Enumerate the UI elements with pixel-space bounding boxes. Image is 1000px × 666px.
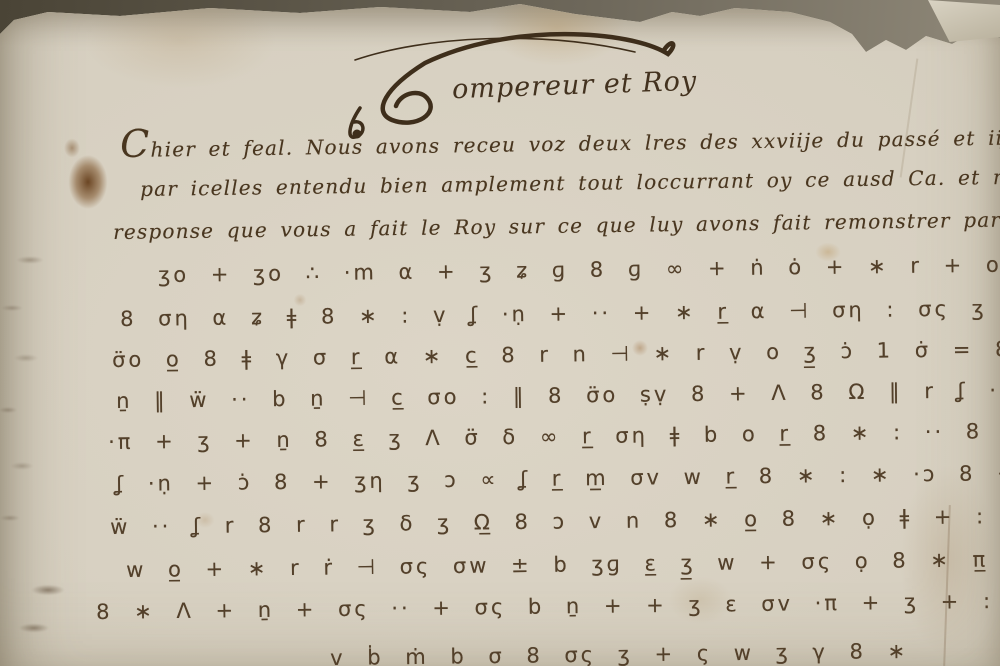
manuscript-photo: ompereur et Roy Chier et feal. Nous avon… — [0, 0, 1000, 666]
cipher-row-9: 8 ∗ Λ + ṉ + σς ·· + σς b ṉ + + ʒ ɛ σv ·π… — [96, 585, 1000, 624]
paper-crease — [943, 505, 951, 666]
cipher-row-7: ẅ ·· ʆ r 8 r r ʒ δ ʒ Ω̲ 8 ɔ v n 8 ∗ o̲ 8… — [110, 502, 1000, 539]
cipher-row-3: σ̈o o̲ 8 ǂ γ σ r̲ α ∗ c̲ 8 r n ⊣ ∗ r ṿ o… — [112, 333, 1000, 372]
cipher-row-2: 8 ση α ʑ ǂ 8 ∗ : ṿ ʆ ·ṇ + ·· + ∗ r̲ α ⊣ … — [120, 291, 1000, 331]
cipher-row-10-partial: ṿ ḃ ṁ b σ 8 σς ʒ + ς w ʒ γ 8 ∗ — [330, 639, 908, 666]
body-line-1: Chier et feal. Nous avons receu voz deux… — [120, 117, 1000, 162]
left-margin-bleedthrough — [0, 230, 90, 666]
body-line-2: par icelles entendu bien amplement tout … — [140, 163, 1000, 201]
cipher-row-6: ʆ ·ṇ + ɔ̇ 8 + ʒη ʒ ɔ ∝ ʆ r̲ m̲ σv w r̲ 8… — [116, 456, 1000, 496]
cipher-row-4: ṉ ‖ ẅ ·· b ṉ ⊣ c̲ σo : ‖ 8 σ̈o ṣṿ 8 + Λ … — [116, 374, 1000, 413]
paper-crease-top — [900, 58, 919, 177]
cipher-row-5: ·π + ʒ + ṉ 8 ɛ̲ ʒ Λ σ̈ δ ∞ r̲ ση ǂ b o r… — [108, 414, 1000, 454]
cipher-row-8: w o̲ + ∗ r ṙ ⊣ σς σw ± b ʒɡ ɛ̲ ʒ̲ w + σς… — [126, 543, 1000, 582]
body-line-3: response que vous a fait le Roy sur ce q… — [113, 206, 1000, 244]
parchment-page: ompereur et Roy Chier et feal. Nous avon… — [0, 0, 1000, 666]
cipher-row-1: ʒo + ʒo ∴ ·m α + ʒ ʑ ɡ 8 ɡ ∞ + ṅ ȯ + ∗ r… — [158, 248, 1000, 287]
